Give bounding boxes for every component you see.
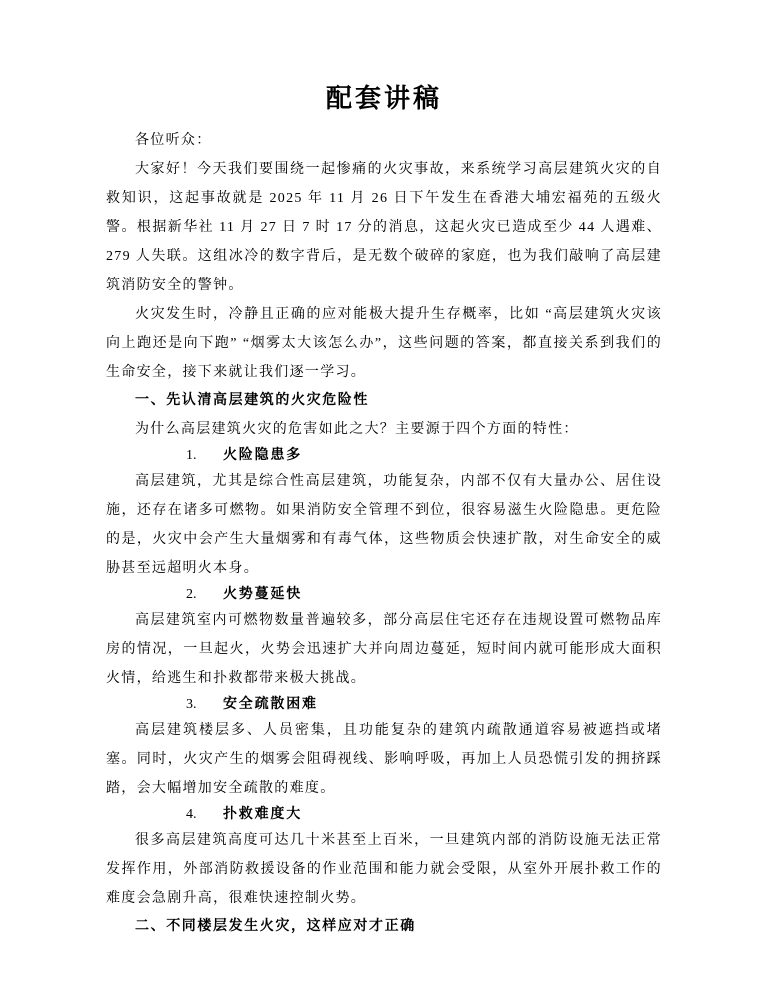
heading-label: 扑救难度大 bbox=[223, 807, 302, 822]
section-heading-2: 二、不同楼层发生火灾，这样应对才正确 bbox=[106, 913, 662, 941]
section-heading-1: 一、先认清高层建筑的火灾危险性 bbox=[106, 387, 662, 415]
heading-number: 2. bbox=[186, 583, 223, 606]
paragraph-intro-incident: 大家好！今天我们要围绕一起惨痛的火灾事故，来系统学习高层建筑火灾的自救知识，这起… bbox=[106, 155, 662, 300]
paragraph-hazard-2: 高层建筑室内可燃物数量普遍较多，部分高层住宅还存在违规设置可燃物品库房的情况，一… bbox=[106, 606, 662, 693]
numbered-heading-1: 1.火险隐患多 bbox=[186, 444, 662, 467]
paragraph-hazard-3: 高层建筑楼层多、人员密集，且功能复杂的建筑内疏散通道容易被遮挡或堵塞。同时，火灾… bbox=[106, 716, 662, 803]
paragraph-intro-response: 火灾发生时，冷静且正确的应对能极大提升生存概率，比如 “高层建筑火灾该向上跑还是… bbox=[106, 300, 662, 387]
document-body: 各位听众： 大家好！今天我们要围绕一起惨痛的火灾事故，来系统学习高层建筑火灾的自… bbox=[106, 126, 662, 941]
document-page: 配套讲稿 各位听众： 大家好！今天我们要围绕一起惨痛的火灾事故，来系统学习高层建… bbox=[0, 0, 770, 1000]
paragraph-section1-lead: 为什么高层建筑火灾的危害如此之大？主要源于四个方面的特性： bbox=[106, 415, 662, 444]
paragraph-hazard-4: 很多高层建筑高度可达几十米甚至上百米，一旦建筑内部的消防设施无法正常发挥作用，外… bbox=[106, 826, 662, 913]
heading-number: 1. bbox=[186, 444, 223, 467]
numbered-heading-4: 4.扑救难度大 bbox=[186, 803, 662, 826]
paragraph-hazard-1: 高层建筑，尤其是综合性高层建筑，功能复杂，内部不仅有大量办公、居住设施，还存在诸… bbox=[106, 467, 662, 583]
document-title: 配套讲稿 bbox=[106, 84, 662, 114]
heading-label: 安全疏散困难 bbox=[223, 697, 318, 712]
heading-number: 3. bbox=[186, 693, 223, 716]
heading-label: 火险隐患多 bbox=[223, 448, 302, 463]
heading-label: 火势蔓延快 bbox=[223, 587, 302, 602]
heading-number: 4. bbox=[186, 803, 223, 826]
numbered-heading-2: 2.火势蔓延快 bbox=[186, 583, 662, 606]
paragraph-salutation: 各位听众： bbox=[106, 126, 662, 155]
numbered-heading-3: 3.安全疏散困难 bbox=[186, 693, 662, 716]
